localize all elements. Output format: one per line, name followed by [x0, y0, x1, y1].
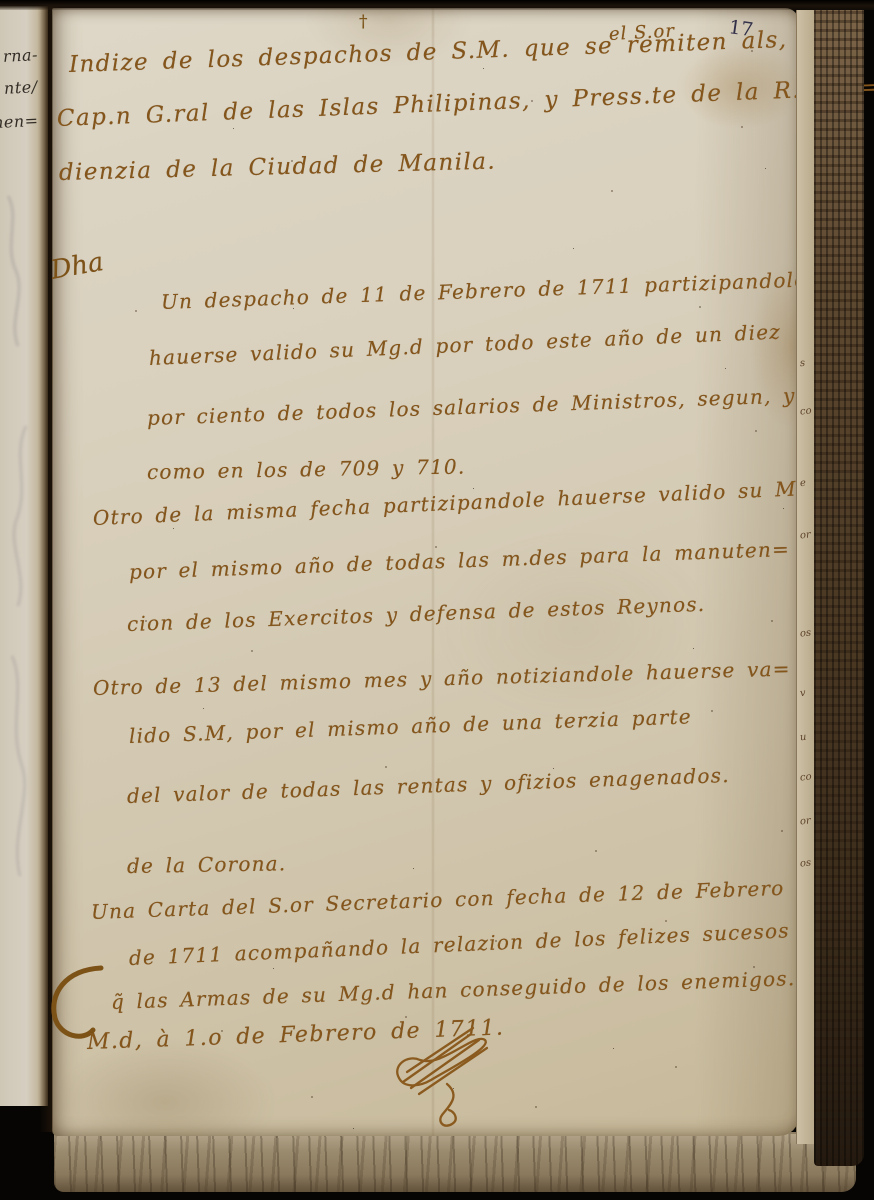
- invocation-cross-icon: †: [359, 12, 368, 32]
- entry-line: Otro de la misma fecha partizipandole ha…: [92, 475, 832, 530]
- fore-edge-fragment: os: [799, 857, 811, 869]
- entry-line: lido S.M, por el mismo año de una terzia…: [129, 704, 693, 748]
- previous-page-fragment: nte/: [4, 77, 39, 98]
- entry-line: de 1711 acompañando la relazion de los f…: [128, 918, 790, 970]
- entry-line: hauerse valido su Mg.d por todo este año…: [148, 320, 781, 370]
- entry-line: Un despacho de 11 de Febrero de 1711 par…: [161, 267, 808, 314]
- entry-line: Otro de 13 del mismo mes y año notiziand…: [93, 657, 791, 700]
- bottom-page-edges: [54, 1132, 856, 1192]
- previous-page-fragment: nen=: [0, 111, 38, 132]
- fore-edge-fragment: s: [799, 358, 805, 369]
- entry-line: de la Corona.: [127, 851, 287, 878]
- margin-annotation: Dha: [48, 247, 105, 286]
- photo-backdrop: { "document": { "folio_number": "17", "c…: [0, 0, 874, 1200]
- fore-edge-fragment: or: [799, 815, 811, 827]
- entry-line: del valor de todas las rentas y ofizios …: [127, 763, 731, 808]
- fore-edge-fragment: u: [799, 732, 807, 744]
- signature-rubric: [389, 1016, 504, 1134]
- fore-edge-fragment: co: [799, 405, 812, 417]
- fore-edge-fragment: e: [799, 478, 806, 490]
- manuscript-page: † 17 Indize de los despachos de S.M. que…: [52, 8, 799, 1136]
- fore-edge-fragment: v: [799, 688, 806, 700]
- previous-page-fragment: rna-: [3, 45, 39, 66]
- entry-line: por el mismo año de todas las m.des para…: [129, 537, 791, 584]
- entry-line: como en los de 709 y 710.: [147, 454, 466, 484]
- next-page-edge: s co e or os v u co or os: [796, 10, 815, 1144]
- fore-edge-fragment: or: [799, 529, 811, 541]
- entry-line: por ciento de todos los salarios de Mini…: [147, 383, 796, 430]
- heading-insertion: el S.or: [608, 21, 675, 45]
- index-heading-line-2: Cap.n G.ral de las Islas Philipinas, y P…: [57, 74, 874, 132]
- entry-line: cion de los Exercitos y defensa de estos…: [127, 592, 706, 636]
- fore-edge-fragment: os: [799, 627, 811, 639]
- book-top-edge: [0, 0, 874, 10]
- entry-line: q̃ las Armas de su Mg.d han conseguido d…: [111, 966, 796, 1014]
- fore-edge-fragment: co: [799, 771, 812, 783]
- entry-line: Una Carta del S.or Secretario con fecha …: [91, 876, 785, 924]
- index-heading-line-1: Indize de los despachos de S.M. que se r…: [69, 23, 874, 78]
- book-fore-edge: [814, 10, 864, 1166]
